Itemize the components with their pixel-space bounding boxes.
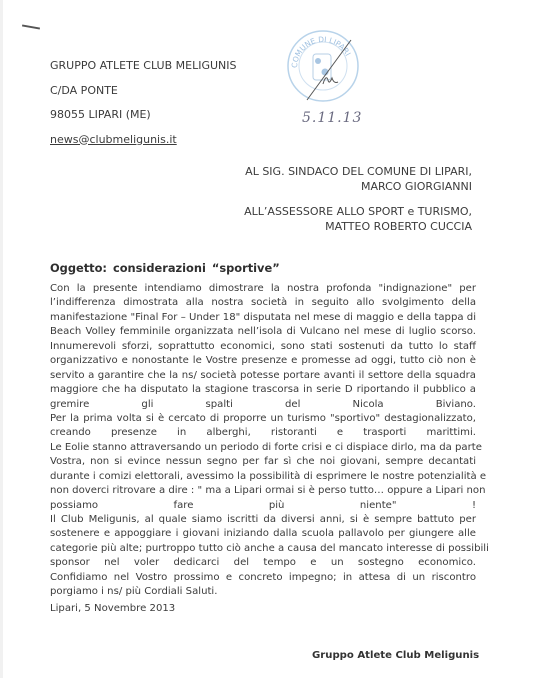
recipient-assessor-name: MATTEO ROBERTO CUCCIA [244, 219, 472, 234]
recipient-assessor-title: ALL’ASSESSORE ALLO SPORT e TURISMO, [244, 204, 472, 219]
body-line: possiamo fare più niente" ! [50, 499, 476, 513]
body-line: Le Eolie stanno attraversando un periodo… [50, 441, 476, 455]
body-line: Confidiamo nel Vostro prossimo e concret… [50, 571, 476, 585]
body-line: Con la presente intendiamo dimostrare la… [50, 282, 476, 296]
body-line: l’indifferenza dimostrata alla nostra so… [50, 296, 476, 310]
municipal-stamp-icon: COMUNE DI LIPARI [285, 28, 361, 104]
body-line: non doverci ritrovare a dire : " ma a Li… [50, 484, 476, 498]
scan-edge [0, 0, 3, 678]
recipients-block: AL SIG. SINDACO DEL COMUNE DI LIPARI, MA… [244, 164, 472, 234]
pen-mark [22, 24, 40, 29]
sender-block: GRUPPO ATLETE CLUB MELIGUNIS C/DA PONTE … [50, 60, 236, 158]
letter-body: Con la presente intendiamo dimostrare la… [50, 282, 476, 600]
sender-address: C/DA PONTE [50, 85, 236, 110]
body-line: Innumerevoli sforzi, soprattutto economi… [50, 340, 476, 354]
subject-line: Oggetto: considerazioni “sportive” [50, 261, 280, 275]
place-date: Lipari, 5 Novembre 2013 [50, 603, 175, 614]
sender-city: 98055 LIPARI (ME) [50, 109, 236, 134]
body-line: categorie più alte; purtroppo tutto ciò … [50, 542, 476, 556]
body-line: sponsor nel voler dedicarci del tempo e … [50, 556, 476, 570]
body-line: manifestazione "Final For – Under 18" di… [50, 311, 476, 325]
body-line: organizzativo e nonostante le Vostre pre… [50, 354, 476, 368]
body-line: sostenere e appoggiare i giovani inizian… [50, 527, 476, 541]
recipient-mayor-name: MARCO GIORGIANNI [244, 179, 472, 194]
body-line: durante i comizi elettorali, avessimo la… [50, 470, 476, 484]
body-line: maggiore che ha disputato la stagione tr… [50, 383, 476, 397]
body-line: Per la prima volta si è cercato di propo… [50, 412, 476, 426]
recipient-mayor-title: AL SIG. SINDACO DEL COMUNE DI LIPARI, [244, 164, 472, 179]
body-line: Il Club Meligunis, al quale siamo iscrit… [50, 513, 476, 527]
body-line: servito a garantire che la ns/ società p… [50, 369, 476, 383]
recipient-mayor: AL SIG. SINDACO DEL COMUNE DI LIPARI, MA… [244, 164, 472, 194]
signature: Gruppo Atlete Club Meligunis [312, 650, 479, 661]
recipient-assessor: ALL’ASSESSORE ALLO SPORT e TURISMO, MATT… [244, 204, 472, 234]
handwritten-date: 5.11.13 [302, 110, 362, 126]
body-line: gremire gli spalti del Nicola Biviano. [50, 398, 476, 412]
sender-name: GRUPPO ATLETE CLUB MELIGUNIS [50, 60, 236, 85]
sender-email-link[interactable]: news@clubmeligunis.it [50, 134, 236, 159]
body-line: creando presenze in alberghi, ristoranti… [50, 426, 476, 440]
body-line: Vostra, non si evince nessun segno per f… [50, 455, 476, 469]
body-line: porgiamo i ns/ più Cordiali Saluti. [50, 585, 476, 599]
body-line: Beach Volley femminile organizzata nell’… [50, 325, 476, 339]
